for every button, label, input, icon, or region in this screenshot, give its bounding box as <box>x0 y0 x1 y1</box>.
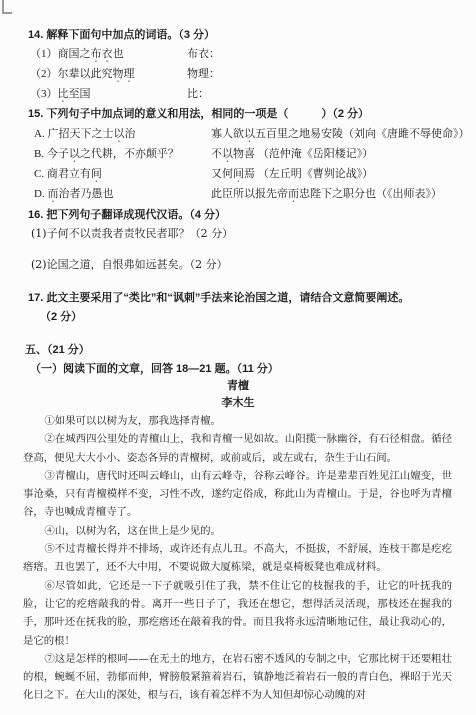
q14-item-2: （2）尔辈以此究物理 物理： <box>30 66 476 82</box>
q17-stem: 17. 此文主要采用了“类比”和“讽刺”手法来论治国之道，请结合文意简要阐述。 <box>28 290 476 306</box>
q15-option-c-right: 又何间焉 （左丘明《曹刿论战》） <box>211 166 373 182</box>
essay-title: 青檀 <box>0 378 476 394</box>
essay-body: ①如果可以以树为友，那我选择青檀。 ②在城西四公里处的青檀山上，我和青檀一见如故… <box>23 412 452 705</box>
essay-paragraph: ②在城西四公里处的青檀山上，我和青檀一见如故。山阳揽一脉幽谷，有石径相盘。循径登… <box>23 430 452 467</box>
q16-sub-2: (2)论国之道，自恨弗如远甚矣。（2 分） <box>31 257 476 273</box>
q15-option-c-left: C. 商君立有间 <box>34 168 102 180</box>
q15-option-b-right: 不以物喜 （范仲淹《岳阳楼记》） <box>211 146 373 162</box>
essay-paragraph: ③青檀山，唐代时还叫云峰山，山有云峰寺，谷称云峰谷。许是辈辈百姓见江山嬗变，世事… <box>23 467 452 522</box>
part-1-intro: （一）阅读下面的文章，回答 18—21 题。（11 分） <box>30 361 476 377</box>
q15-option-b: B. 今子以之代耕，不亦颠乎？ 不以物喜 （范仲淹《岳阳楼记》） <box>34 146 476 162</box>
q15-option-a-left: A. 广招天下之士以治 <box>34 128 135 140</box>
q15-stem: 15. 下列句子中加点词的意义和用法，相同的一项是（ ）（2 分） <box>28 106 476 122</box>
q14-item-3-gloss: 比： <box>187 86 209 102</box>
exam-page: 14. 解释下面句中加点的词语。（3 分） （1）商国之布衣也 布衣： （2）尔… <box>0 0 476 715</box>
q15-option-d-left: D. 而治者乃愚也 <box>34 188 113 200</box>
q14-item-2-gloss: 物理： <box>187 66 220 82</box>
essay-paragraph: ⑦这是怎样的根呵——在无土的地方，在岩石密不透风的专制之中，它那比树干还要粗壮的… <box>23 650 452 705</box>
q15-option-a-right: 寡人欲以五百里之地易安陵（刘向《唐雎不辱使命》） <box>211 126 470 142</box>
section-5-heading: 五、（21 分） <box>25 342 476 358</box>
q15-option-d-right: 此臣所以报先帝而忠陛下之职分也（《出师表》） <box>211 186 442 202</box>
essay-paragraph: ⑥尽管如此，它还是一下子就吸引住了我，禁不住让它的枝握我的手，让它的叶抚我的脸，… <box>23 577 452 650</box>
q15-option-d: D. 而治者乃愚也 此臣所以报先帝而忠陛下之职分也（《出师表》） <box>34 186 476 202</box>
q15-option-b-left: B. 今子以之代耕，不亦颠乎？ <box>34 148 179 160</box>
q14-item-2-text: （2）尔辈以此究物理 <box>30 68 135 80</box>
q14-item-1-gloss: 布衣： <box>187 46 220 62</box>
q16-sub-1: (1)子何不以责我者责牧民者耶？（2 分） <box>31 226 476 242</box>
q14-item-3-text: （3）比至国 <box>30 88 91 100</box>
essay-paragraph: ④山，以树为名，这在世上是少见的。 <box>23 522 452 540</box>
essay-author: 李木生 <box>0 395 476 411</box>
essay-paragraph: ⑤不过青檀长得并不排场，或许还有点儿丑。不高大，不挺拔，不舒展，连枝干都是疙疙瘩… <box>23 540 452 577</box>
q15-option-a: A. 广招天下之士以治 寡人欲以五百里之地易安陵（刘向《唐雎不辱使命》） <box>34 126 476 142</box>
q14-item-3: （3）比至国 比： <box>30 86 476 102</box>
q14-item-1: （1）商国之布衣也 布衣： <box>30 46 476 62</box>
q14-item-1-text: （1）商国之布衣也 <box>30 48 124 60</box>
q14-stem: 14. 解释下面句中加点的词语。（3 分） <box>28 27 476 43</box>
q16-stem: 16. 把下列句子翻译成现代汉语。（4 分） <box>28 207 476 223</box>
q15-option-c: C. 商君立有间 又何间焉 （左丘明《曹刿论战》） <box>34 166 476 182</box>
essay-paragraph: ①如果可以以树为友，那我选择青檀。 <box>23 412 452 430</box>
page-corner-mark <box>2 0 12 14</box>
q17-score: （2 分） <box>40 309 476 325</box>
